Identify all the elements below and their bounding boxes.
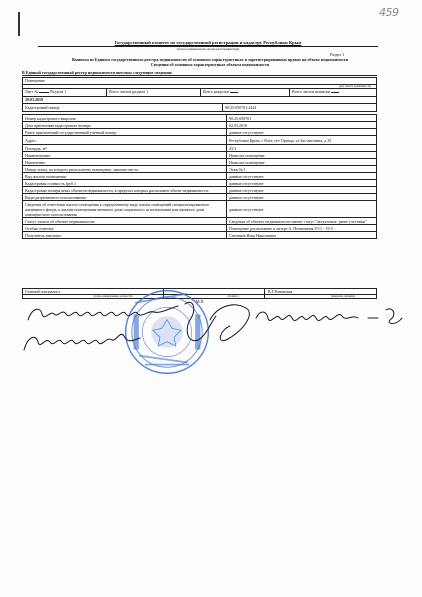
table-row: Особые отметки:Помещение расположено в л… <box>23 225 377 232</box>
table-row: Номер кадастрового квартала:90:25:050701 <box>23 115 377 122</box>
properties-table: Номер кадастрового квартала:90:25:050701… <box>22 114 377 239</box>
organization-caption: (полное наименование органа регистрации … <box>38 47 378 51</box>
row-label: Статус записи об объекте недвижимости: <box>23 218 227 225</box>
table-row: Номер этажа, на котором расположено поме… <box>23 166 377 173</box>
signature-caption: (подпись) <box>213 295 253 298</box>
total-sheets-label: Всего листов выписки <box>292 89 330 94</box>
row-value: Сведения об объекте недвижимости имеют с… <box>227 218 377 225</box>
row-value: Республика Крым, г Ялта, пгт Оранда, ул … <box>227 136 377 145</box>
document-subtitle: Сведения об основных характеристиках объ… <box>30 62 390 68</box>
object-block: Помещение (вид объекта недвижимости) Лис… <box>22 77 377 112</box>
table-row: Наименование:Нежилое помещение <box>23 152 377 159</box>
row-value: данные отсутствуют <box>227 187 377 194</box>
row-label: Виды разрешенного использования: <box>23 194 227 201</box>
row-label: Особые отметки: <box>23 225 227 232</box>
row-label: Кадастровая стоимость (руб.): <box>23 180 227 187</box>
sheet-label: Лист № <box>25 89 38 94</box>
table-row: Кадастровая стоимость (руб.):данные отсу… <box>23 180 377 187</box>
row-label: Адрес: <box>23 136 227 145</box>
row-label: Дата присвоения кадастрового номера: <box>23 122 227 129</box>
section-value: 1 <box>64 89 66 94</box>
handwritten-certification <box>20 300 415 370</box>
table-row: Адрес:Республика Крым, г Ялта, пгт Оранд… <box>23 136 377 145</box>
row-value: Помещение расположено в литере А. Помеще… <box>227 225 377 232</box>
total-sheets: Всего листов выписки <box>290 89 376 94</box>
signer-caption: (инициалы, фамилия) <box>313 295 373 298</box>
table-row: Виды разрешенного использования:данные о… <box>23 194 377 201</box>
table-row: Статус записи об объекте недвижимости:Св… <box>23 218 377 225</box>
object-type: Помещение <box>23 78 378 83</box>
row-value: данные отсутствуют <box>227 129 377 136</box>
section-label: Раздела <box>50 89 63 94</box>
row-label: Площадь, м²: <box>23 145 227 152</box>
organization-title: Государственный комитет по государственн… <box>38 40 378 47</box>
table-row: Площадь, м²:43.3 <box>23 145 377 152</box>
row-label: Номер этажа, на котором расположено поме… <box>23 166 227 173</box>
cadastral-number-label: Кадастровый номер: <box>23 105 222 110</box>
scan-mark <box>18 12 20 36</box>
row-value: Этаж № 1 <box>227 166 377 173</box>
total-sections-label: Всего разделов <box>203 89 229 94</box>
row-label: Номер кадастрового квартала: <box>23 115 227 122</box>
table-row: Сведения об отнесении жилого помещения к… <box>23 201 377 218</box>
total-sections: Всего разделов <box>201 89 271 94</box>
total-section-sheets-label: Всего листов раздела <box>109 89 145 94</box>
table-row: Вид жилого помещения:данные отсутствуют <box>23 173 377 180</box>
row-label: Назначение: <box>23 159 227 166</box>
row-label: Ранее присвоенный государственный учетны… <box>23 129 227 136</box>
row-value: Нежилое помещение <box>227 152 377 159</box>
row-value: Нежилое помещение <box>227 159 377 166</box>
row-value: Ситников Илья Николаевич <box>227 232 377 239</box>
row-value: данные отсутствуют <box>227 173 377 180</box>
table-row: Назначение:Нежилое помещение <box>23 159 377 166</box>
divider <box>23 103 376 104</box>
row-label: Вид жилого помещения: <box>23 173 227 180</box>
table-row: Ранее присвоенный государственный учетны… <box>23 129 377 136</box>
page-number: 459 <box>379 6 399 19</box>
row-value: данные отсутствуют <box>227 194 377 201</box>
table-row: Дата присвоения кадастрового номера:02.0… <box>23 122 377 129</box>
row-value: 02.03.2018 <box>227 122 377 129</box>
row-value: данные отсутствуют <box>227 201 377 218</box>
table-row: Кадастровые номера иных объектов недвижи… <box>23 187 377 194</box>
row-label: Наименование: <box>23 152 227 159</box>
divider <box>22 75 377 76</box>
row-label: Кадастровые номера иных объектов недвижи… <box>23 187 227 194</box>
row-value: 90:25:050701 <box>227 115 377 122</box>
row-label: Получатель выписки: <box>23 232 227 239</box>
sheet-number: Лист № Раздела 1 <box>23 89 93 94</box>
row-label: Сведения об отнесении жилого помещения к… <box>23 201 227 218</box>
row-value: данные отсутствуют <box>227 180 377 187</box>
total-section-sheets-value: 1 <box>146 89 148 94</box>
cadastral-number-value: 90:25:050701:2424 <box>223 105 373 110</box>
extract-date: 20.03.2018 <box>23 97 123 102</box>
table-row: Получатель выписки:Ситников Илья Николае… <box>23 232 377 239</box>
total-section-sheets: Всего листов раздела 1 <box>107 89 177 94</box>
row-value: 43.3 <box>227 145 377 152</box>
